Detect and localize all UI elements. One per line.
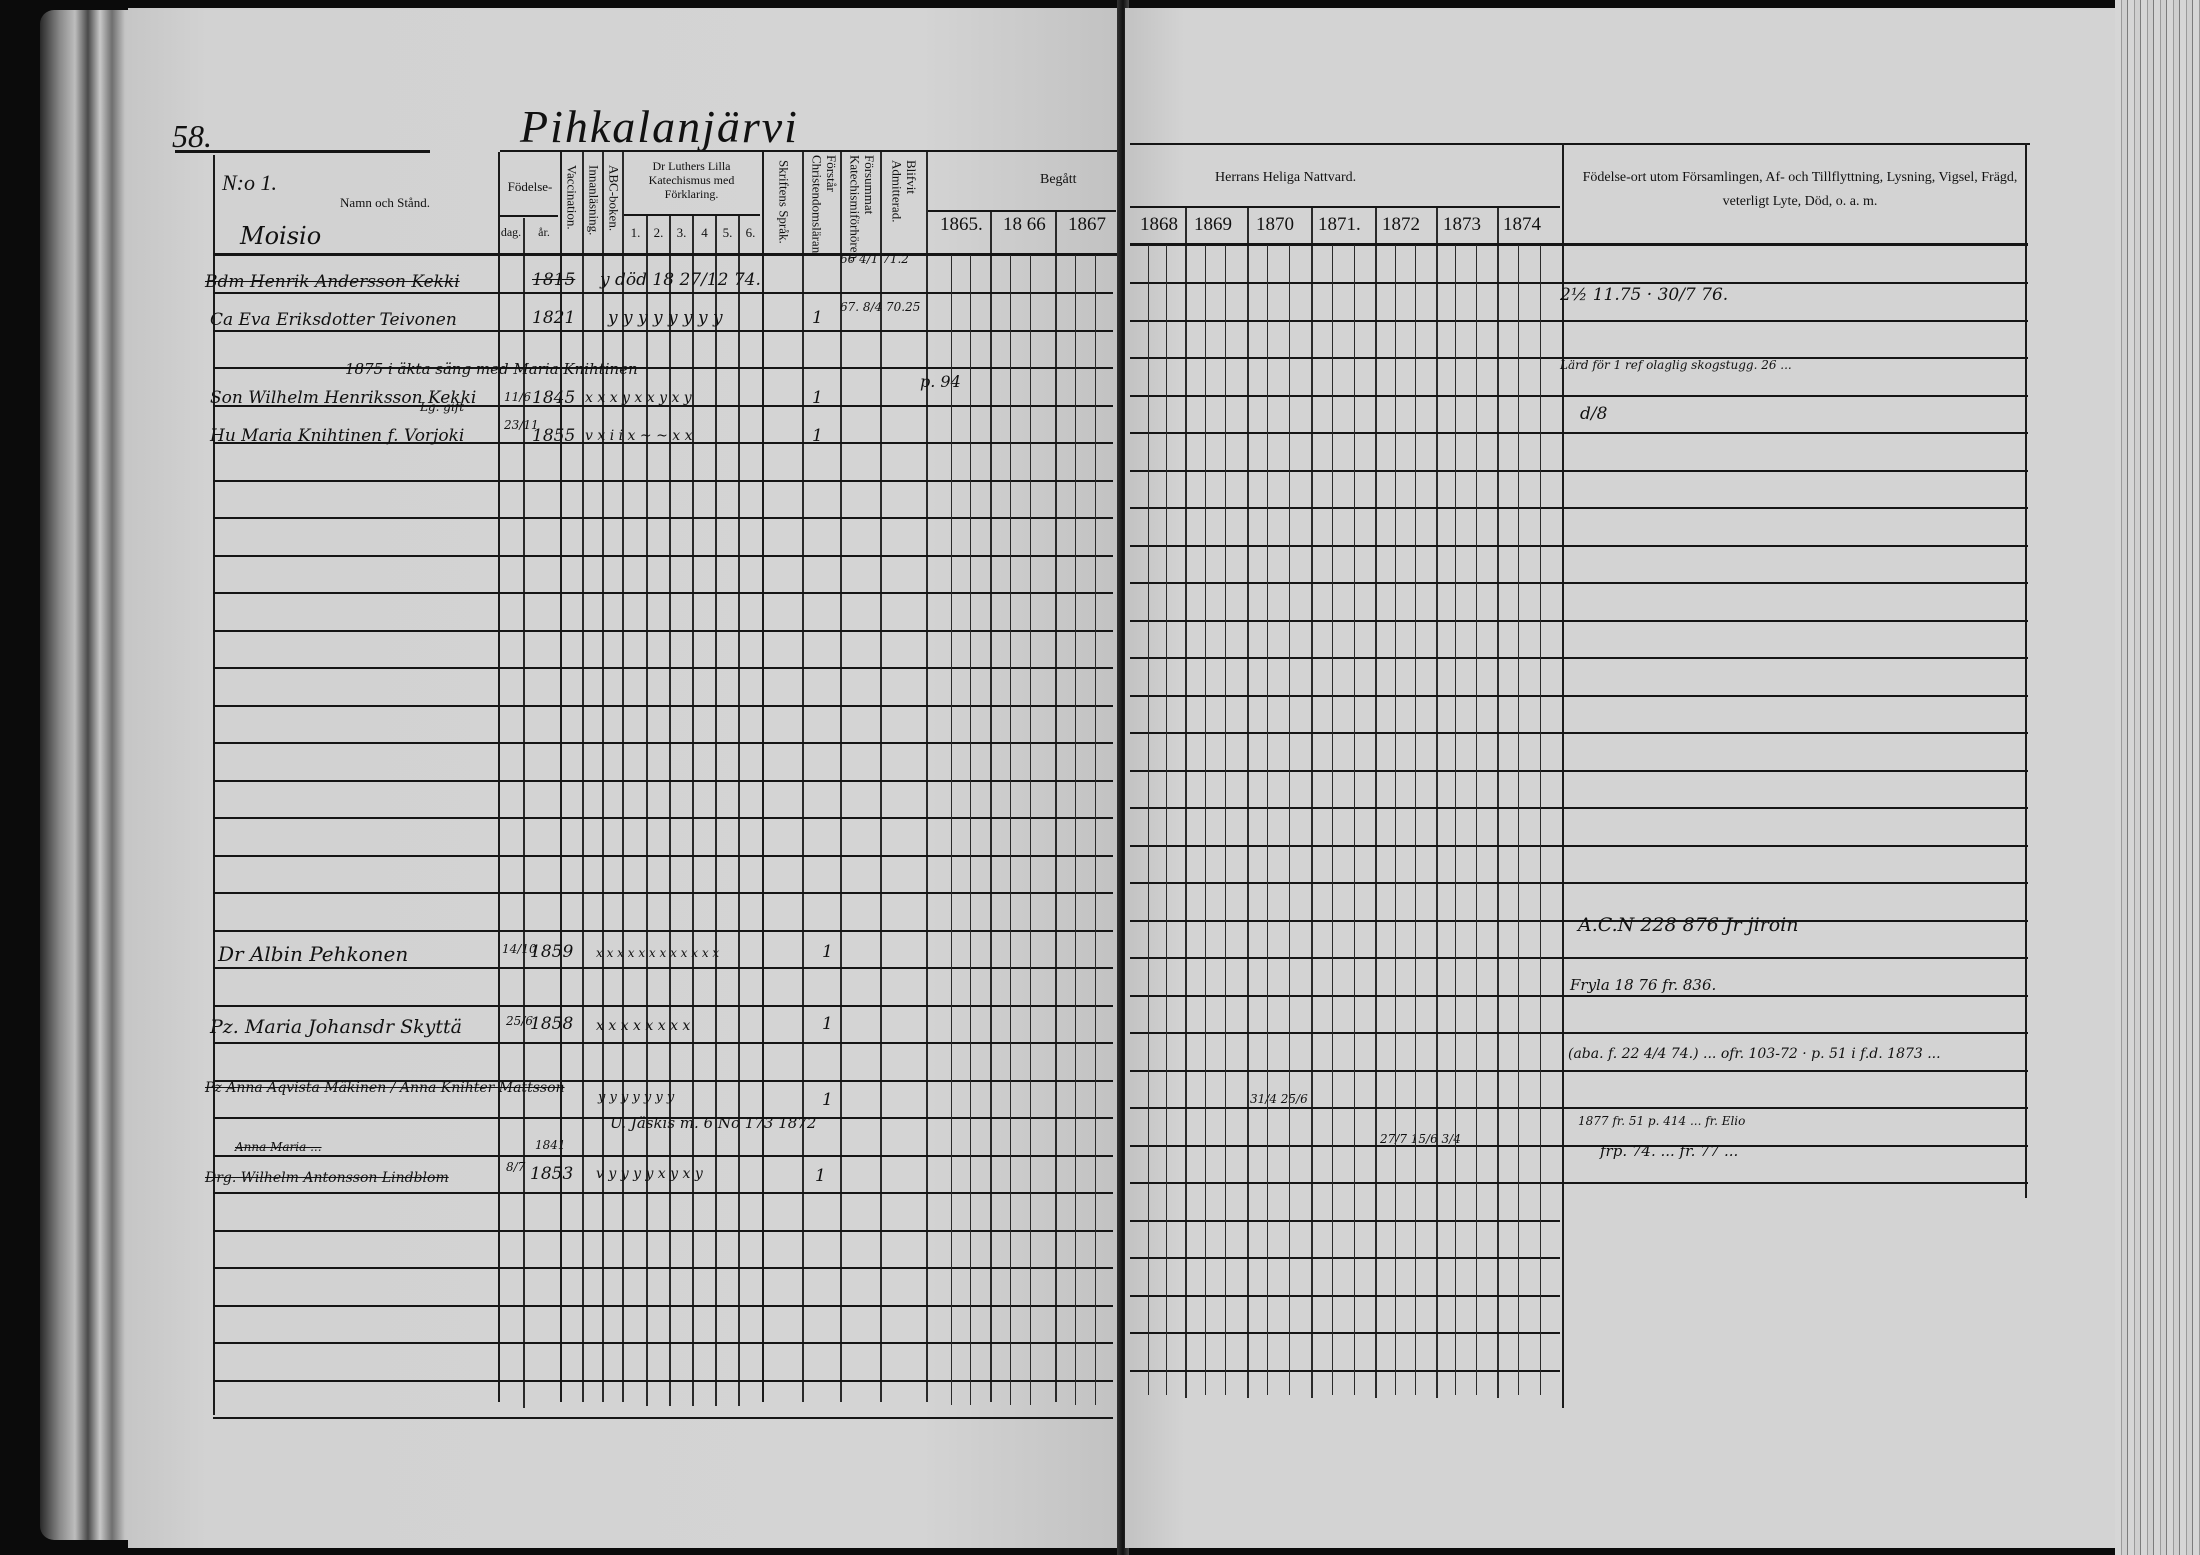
book-page-edges-right xyxy=(2115,0,2200,1555)
col-divider xyxy=(1055,212,1057,1402)
farm-name: Moisio xyxy=(240,222,321,250)
year-1870: 1870 xyxy=(1256,214,1294,236)
catechism-part-2: 2. xyxy=(647,226,670,241)
col-divider xyxy=(602,152,604,1402)
year-1865: 1865. xyxy=(940,214,983,236)
household-number: N:o 1. xyxy=(222,170,277,195)
row-rule xyxy=(1130,507,2028,509)
column-header-abc-boken: ABC-boken. xyxy=(606,165,620,231)
column-header-name: Namn och Stånd. xyxy=(325,196,445,211)
sub-col-divider xyxy=(1289,245,1290,1395)
row-rule xyxy=(213,1417,1113,1419)
row-rule xyxy=(213,667,1113,669)
row-rule xyxy=(213,292,1113,294)
years-subrule-right xyxy=(1130,206,1560,208)
row-rule xyxy=(213,1267,1113,1269)
entry-skriftens-sprak: 1 xyxy=(822,1014,833,1034)
entry-communion-note: p. 94 xyxy=(920,372,961,391)
column-header-nattvard: Herrans Heliga Nattvard. xyxy=(1215,170,1356,186)
column-header-admitterad: Blifvit Admitterad. xyxy=(888,160,918,240)
col-divider xyxy=(802,152,804,1402)
row-rule xyxy=(213,330,1113,332)
year-1868: 1868 xyxy=(1140,214,1178,236)
row-rule xyxy=(213,930,1113,932)
col-divider xyxy=(622,152,624,1402)
row-rule xyxy=(213,630,1113,632)
catechism-part-3: 3. xyxy=(670,226,693,241)
row-rule xyxy=(1130,432,2028,434)
entry-remarks: frp. 74. ... fr. 77 ... xyxy=(1600,1142,1738,1160)
book-binding-left xyxy=(40,10,140,1540)
entry-name: Dr Albin Pehkonen xyxy=(218,942,408,966)
col-divider xyxy=(880,152,882,1402)
catechism-part-5: 5. xyxy=(716,226,739,241)
year-1872: 1872 xyxy=(1382,214,1420,236)
header-bottom-rule-right xyxy=(1130,243,2028,246)
entry-marks: v x i i x ~ ~ x x xyxy=(585,428,693,444)
entry-communion-note: 66 4/1 71.2 xyxy=(840,252,909,266)
entry-marks: x x x x x x x x x x x x xyxy=(596,946,719,960)
entry-remarks: (aba. f. 22 4/4 74.) ... ofr. 103-72 · p… xyxy=(1568,1046,1941,1062)
column-header-vaccination: Vaccination. xyxy=(564,165,578,230)
year-1867: 1867 xyxy=(1068,214,1106,236)
row-rule xyxy=(213,855,1113,857)
row-rule xyxy=(1130,1145,2028,1147)
row-rule xyxy=(213,1042,1113,1044)
sub-col-divider xyxy=(1205,245,1206,1395)
year-1873: 1873 xyxy=(1443,214,1481,236)
row-rule xyxy=(213,1155,1113,1157)
column-header-begatt: Begått xyxy=(1040,172,1077,188)
entry-name: Pz Anna Aqvista Mäkinen / Anna Knihter M… xyxy=(205,1080,565,1096)
sub-col-divider xyxy=(1225,245,1226,1395)
row-rule xyxy=(213,1305,1113,1307)
column-header-forstar: Förstår Christendomsläran. xyxy=(808,155,838,265)
entry-marks: y y y y y y y y xyxy=(608,308,723,328)
row-rule xyxy=(213,967,1113,969)
row-rule xyxy=(213,780,1113,782)
entry-marks: x x x y x x y x y xyxy=(585,390,692,406)
entry-remarks: d/8 xyxy=(1580,404,1607,424)
sub-col-divider xyxy=(1415,245,1416,1395)
right-table-border xyxy=(2025,143,2027,1198)
col-divider xyxy=(738,216,740,1406)
row-rule xyxy=(1130,395,2028,397)
row-rule xyxy=(1130,320,2028,322)
row-rule xyxy=(1130,1032,2028,1034)
header-rule-main xyxy=(500,150,1120,152)
col-divider xyxy=(762,152,764,1402)
col-divider xyxy=(840,152,842,1402)
entry-birth-day: 8/7 xyxy=(506,1160,525,1174)
row-rule xyxy=(213,480,1113,482)
sub-col-divider xyxy=(1395,245,1396,1395)
entry-remarks: A.C.N 228 876 Jr jiroin xyxy=(1578,914,1798,936)
entry-skriftens-sprak: 1 xyxy=(812,308,823,328)
row-rule xyxy=(213,742,1113,744)
row-rule xyxy=(1130,995,2028,997)
row-rule xyxy=(1130,470,2028,472)
entry-marks: v y y y y x y x y xyxy=(596,1166,703,1182)
row-rule xyxy=(213,1380,1113,1382)
column-header-catechism: Dr Luthers Lilla Katechismus med Förklar… xyxy=(624,160,759,201)
row-rule xyxy=(213,592,1113,594)
sub-col-divider xyxy=(1354,245,1355,1395)
entry-remarks: 2½ 11.75 · 30/7 76. xyxy=(1560,285,1728,305)
entry-note-above: Lg. gift xyxy=(420,400,464,414)
sub-col-divider xyxy=(1267,245,1268,1395)
sub-col-divider xyxy=(970,255,971,1405)
col-divider xyxy=(692,216,694,1406)
row-rule xyxy=(1130,845,2028,847)
header-rule xyxy=(175,150,430,153)
row-rule xyxy=(1130,1257,1560,1259)
entry-name: Drg. Wilhelm Antonsson Lindblom xyxy=(205,1170,449,1186)
years-subrule xyxy=(928,210,1116,212)
row-rule xyxy=(213,705,1113,707)
row-rule xyxy=(1130,1295,1560,1297)
col-divider xyxy=(582,152,584,1402)
entry-name: Hu Maria Knihtinen f. Vorjoki xyxy=(210,426,464,446)
col-divider xyxy=(990,212,992,1402)
column-header-innanlasning: Innanläsning. xyxy=(586,165,600,235)
sub-col-divider xyxy=(1476,245,1477,1395)
row-rule xyxy=(213,1230,1113,1232)
year-1874: 1874 xyxy=(1503,214,1541,236)
column-header-birth-year: år. xyxy=(530,226,558,240)
row-rule xyxy=(213,1192,1113,1194)
row-rule xyxy=(213,555,1113,557)
column-header-remarks: Födelse-ort utom Församlingen, Af- och T… xyxy=(1565,166,2035,214)
entry-remarks: 1877 fr. 51 p. 414 ... fr. Elio xyxy=(1578,1114,1745,1128)
entry-marks: U. Jäskis m. 6 No 173 1872 xyxy=(610,1114,816,1132)
row-rule xyxy=(1130,1107,2028,1109)
row-rule xyxy=(213,1342,1113,1344)
row-rule xyxy=(1130,582,2028,584)
header-bottom-rule xyxy=(213,253,1118,256)
row-rule xyxy=(1130,1370,1560,1372)
col-divider xyxy=(1562,143,1564,1408)
sub-col-divider xyxy=(1075,255,1076,1405)
right-page xyxy=(1125,8,2115,1548)
row-rule xyxy=(1130,657,2028,659)
catechism-part-1: 1. xyxy=(624,226,647,241)
entry-name: Anna Maria ... xyxy=(235,1140,322,1154)
sub-col-divider xyxy=(1540,245,1541,1395)
sub-col-divider xyxy=(1518,245,1519,1395)
entry-name: Pz. Maria Johansdr Skyttä xyxy=(210,1016,462,1038)
entry-birth-year: 1841 xyxy=(535,1138,566,1152)
sub-col-divider xyxy=(1455,245,1456,1395)
row-rule xyxy=(1130,620,2028,622)
column-header-birth-day: dag. xyxy=(500,226,522,240)
column-header-skriftens-sprak: Skriftens Språk. xyxy=(776,160,790,244)
entry-marks: y y y y y y y xyxy=(598,1090,674,1105)
entry-skriftens-sprak: 1 xyxy=(812,426,823,446)
sub-col-divider xyxy=(1095,255,1096,1405)
year-1866: 18 66 xyxy=(1003,214,1046,236)
catechism-part-4: 4 xyxy=(693,226,716,241)
row-rule xyxy=(1130,1332,1560,1334)
sub-col-divider xyxy=(1166,245,1167,1395)
row-rule xyxy=(1130,545,2028,547)
column-header-birth: Födelse- xyxy=(505,180,555,195)
entry-birth-year: 1845 xyxy=(532,388,575,408)
row-rule xyxy=(1130,732,2028,734)
col-divider xyxy=(498,152,500,1402)
col-divider xyxy=(926,152,928,1402)
entry-birth-year: 1815 xyxy=(532,270,575,290)
row-rule xyxy=(1130,807,2028,809)
entry-birth-year: 1859 xyxy=(530,942,573,962)
entry-communion-note: 31/4 25/6 xyxy=(1250,1092,1308,1106)
birth-subrule xyxy=(500,215,558,217)
row-rule xyxy=(1130,695,2028,697)
sub-col-divider xyxy=(1332,245,1333,1395)
entry-birth-day: 11/6 xyxy=(504,390,531,404)
row-rule xyxy=(1130,957,2028,959)
col-divider xyxy=(715,216,717,1406)
sub-col-divider xyxy=(1010,255,1011,1405)
year-1871: 1871. xyxy=(1318,214,1361,236)
catechism-part-6: 6. xyxy=(739,226,762,241)
entry-name: Ca Eva Eriksdotter Teivonen xyxy=(210,310,457,330)
row-rule xyxy=(213,892,1113,894)
entry-skriftens-sprak: 1 xyxy=(822,1090,833,1110)
entry-remarks: Lärd för 1 ref olaglig skogstugg. 26 ... xyxy=(1560,358,1792,372)
entry-remarks: Fryla 18 76 fr. 836. xyxy=(1570,976,1716,994)
entry-birth-year: 1853 xyxy=(530,1164,573,1184)
entry-communion-note: 27/7 15/6 3/4 xyxy=(1380,1132,1461,1146)
entry-communion-note: 67. 8/4 70.25 xyxy=(840,300,920,314)
row-rule xyxy=(1130,1182,2028,1184)
entry-birth-year: 1855 xyxy=(532,426,575,446)
col-divider xyxy=(560,152,562,1402)
entry-name: Bdm Henrik Andersson Kekki xyxy=(205,272,460,292)
entry-birth-day: 25/6 xyxy=(506,1014,533,1028)
row-rule xyxy=(1130,282,2028,284)
column-header-forsummat: Försummat Katechismiförhören. xyxy=(846,155,876,265)
entry-note-above: 1875 i äkta säng med Maria Knihtinen xyxy=(345,360,638,378)
entry-birth-year: 1821 xyxy=(532,308,575,328)
row-rule xyxy=(1130,882,2028,884)
sub-col-divider xyxy=(1148,245,1149,1395)
entry-skriftens-sprak: 1 xyxy=(822,942,833,962)
sub-col-divider xyxy=(1030,255,1031,1405)
header-rule-right xyxy=(1130,143,2030,145)
entry-skriftens-sprak: 1 xyxy=(812,388,823,408)
year-1869: 1869 xyxy=(1194,214,1232,236)
left-table-border xyxy=(213,155,215,1415)
place-title: Pihkalanjärvi xyxy=(520,100,799,153)
entry-birth-year: 1858 xyxy=(530,1014,573,1034)
row-rule xyxy=(1130,1070,2028,1072)
entry-marks: y död 18 27/12 74. xyxy=(600,270,761,290)
row-rule xyxy=(213,517,1113,519)
row-rule xyxy=(213,1005,1113,1007)
row-rule xyxy=(1130,770,2028,772)
row-rule xyxy=(213,817,1113,819)
row-rule xyxy=(1130,1220,1560,1222)
sub-col-divider xyxy=(951,255,952,1405)
entry-marks: x x x x x x x x xyxy=(596,1018,690,1034)
entry-skriftens-sprak: 1 xyxy=(815,1166,826,1186)
